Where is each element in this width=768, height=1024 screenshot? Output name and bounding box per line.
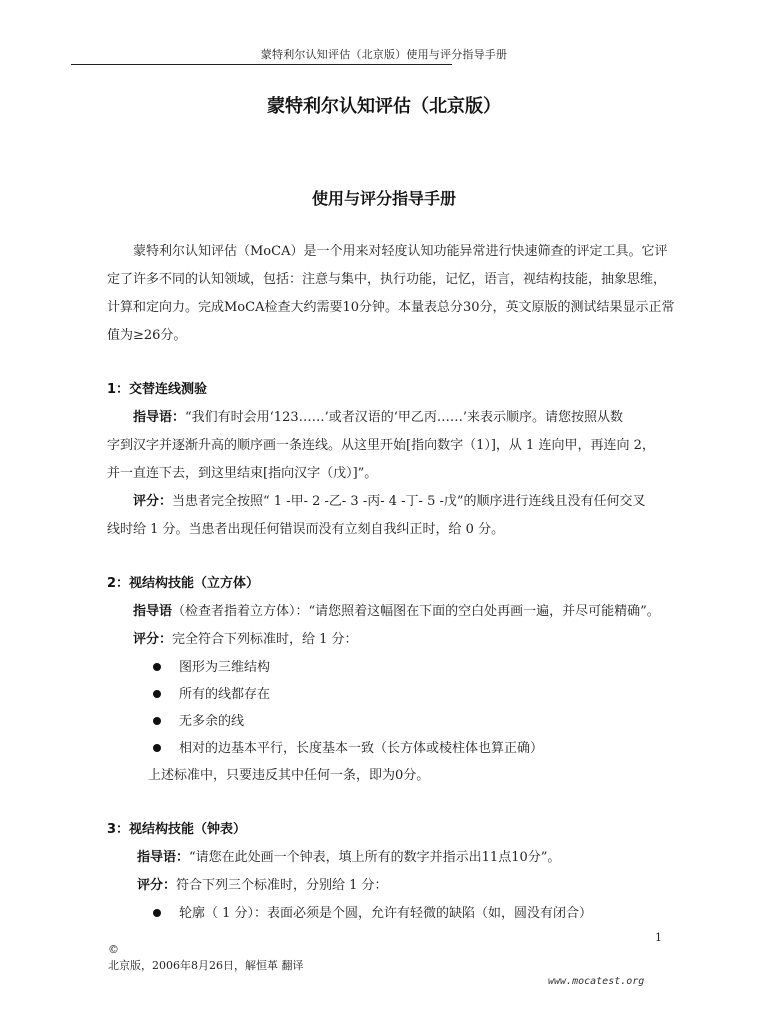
- running-header: 蒙特利尔认知评估（北京版）使用与评分指导手册: [0, 46, 768, 62]
- bullet-icon: [153, 717, 161, 725]
- header-rule: [71, 64, 452, 65]
- section-3-heading: 3：视结构技能（钟表）: [107, 818, 246, 837]
- bullet-item: 图形为三维结构: [153, 656, 270, 675]
- bullet-item: 所有的线都存在: [153, 683, 270, 702]
- instruction-text: “我们有时会用‘123……’或者汉语的‘甲乙丙……’来表示顺序。请您按照从数: [185, 410, 623, 425]
- page-number: 1: [655, 931, 662, 944]
- section-2-scoring: 评分：完全符合下列标准时，给 1 分：: [133, 628, 358, 647]
- bullet-item: 轮廓（ 1 分）：表面必须是个圆，允许有轻微的缺陷（如，圆没有闭合）: [153, 902, 592, 921]
- bullet-icon: [153, 690, 161, 698]
- scoring-label: 评分：: [133, 494, 172, 509]
- scoring-label: 评分：: [137, 878, 176, 893]
- section-1-instruction-line: 字到汉字并逐渐升高的顺序画一条连线。从这里开始[指向数字（1）]，从 1 连向甲…: [107, 434, 655, 453]
- section-2-heading: 2：视结构技能（立方体）: [107, 572, 259, 591]
- bullet-icon: [153, 744, 161, 752]
- section-3-scoring: 评分：符合下列三个标准时，分别给 1 分：: [137, 874, 388, 893]
- scoring-text: 完全符合下列标准时，给 1 分：: [172, 632, 358, 647]
- intro-line: 计算和定向力。完成MoCA检查大约需要10分钟。本量表总分30分，英文原版的测试…: [107, 296, 675, 315]
- document-page: 蒙特利尔认知评估（北京版）使用与评分指导手册 蒙特利尔认知评估（北京版） 使用与…: [0, 0, 768, 1024]
- edition-note: 北京版，2006年8月26日，解恒革 翻译: [108, 957, 304, 973]
- scoring-text: 符合下列三个标准时，分别给 1 分：: [176, 878, 388, 893]
- document-subtitle: 使用与评分指导手册: [0, 186, 768, 209]
- scoring-text: 当患者完全按照“ 1 -甲- 2 -乙- 3 -丙- 4 -丁- 5 -戊”的顺…: [172, 494, 646, 509]
- scoring-label: 评分：: [133, 632, 172, 647]
- section-1-scoring-line: 线时给 1 分。当患者出现任何错误而没有立刻自我纠正时，给 0 分。: [107, 518, 504, 537]
- instruction-text: “请您在此处画一个钟表，填上所有的数字并指示出11点10分”。: [189, 850, 560, 865]
- section-2-instruction: 指导语（检查者指着立方体）：“请您照着这幅图在下面的空白处再画一遍，并尽可能精确…: [133, 600, 660, 619]
- document-title: 蒙特利尔认知评估（北京版）: [0, 92, 768, 118]
- section-1-heading: 1：交替连线测验: [107, 378, 207, 397]
- website-link[interactable]: www.mocatest.org: [548, 976, 644, 987]
- section-2-note: 上述标准中，只要违反其中任何一条，即为0分。: [148, 764, 429, 783]
- bullet-item: 无多余的线: [153, 710, 244, 729]
- bullet-icon: [153, 663, 161, 671]
- bullet-item: 相对的边基本平行，长度基本一致（长方体或棱柱体也算正确）: [153, 737, 543, 756]
- intro-line: 蒙特利尔认知评估（MoCA）是一个用来对轻度认知功能异常进行快速筛查的评定工具。…: [133, 240, 667, 259]
- bullet-icon: [153, 909, 161, 917]
- copyright-icon: ©: [108, 943, 119, 956]
- section-1-instruction: 指导语：“我们有时会用‘123……’或者汉语的‘甲乙丙……’来表示顺序。请您按照…: [133, 406, 623, 425]
- section-1-scoring: 评分：当患者完全按照“ 1 -甲- 2 -乙- 3 -丙- 4 -丁- 5 -戊…: [133, 490, 646, 509]
- instruction-label: 指导语: [133, 604, 172, 619]
- instruction-label: 指导语：: [133, 410, 185, 425]
- instruction-text: （检查者指着立方体）：“请您照着这幅图在下面的空白处再画一遍，并尽可能精确”。: [172, 604, 660, 619]
- section-3-instruction: 指导语：“请您在此处画一个钟表，填上所有的数字并指示出11点10分”。: [137, 846, 560, 865]
- intro-line: 定了许多不同的认知领域，包括：注意与集中，执行功能，记忆，语言，视结构技能，抽象…: [107, 268, 666, 287]
- section-1-instruction-line: 并一直连下去，到这里结束[指向汉字（戊）]”。: [107, 462, 377, 481]
- instruction-label: 指导语：: [137, 850, 189, 865]
- intro-line: 值为≥26分。: [107, 324, 186, 343]
